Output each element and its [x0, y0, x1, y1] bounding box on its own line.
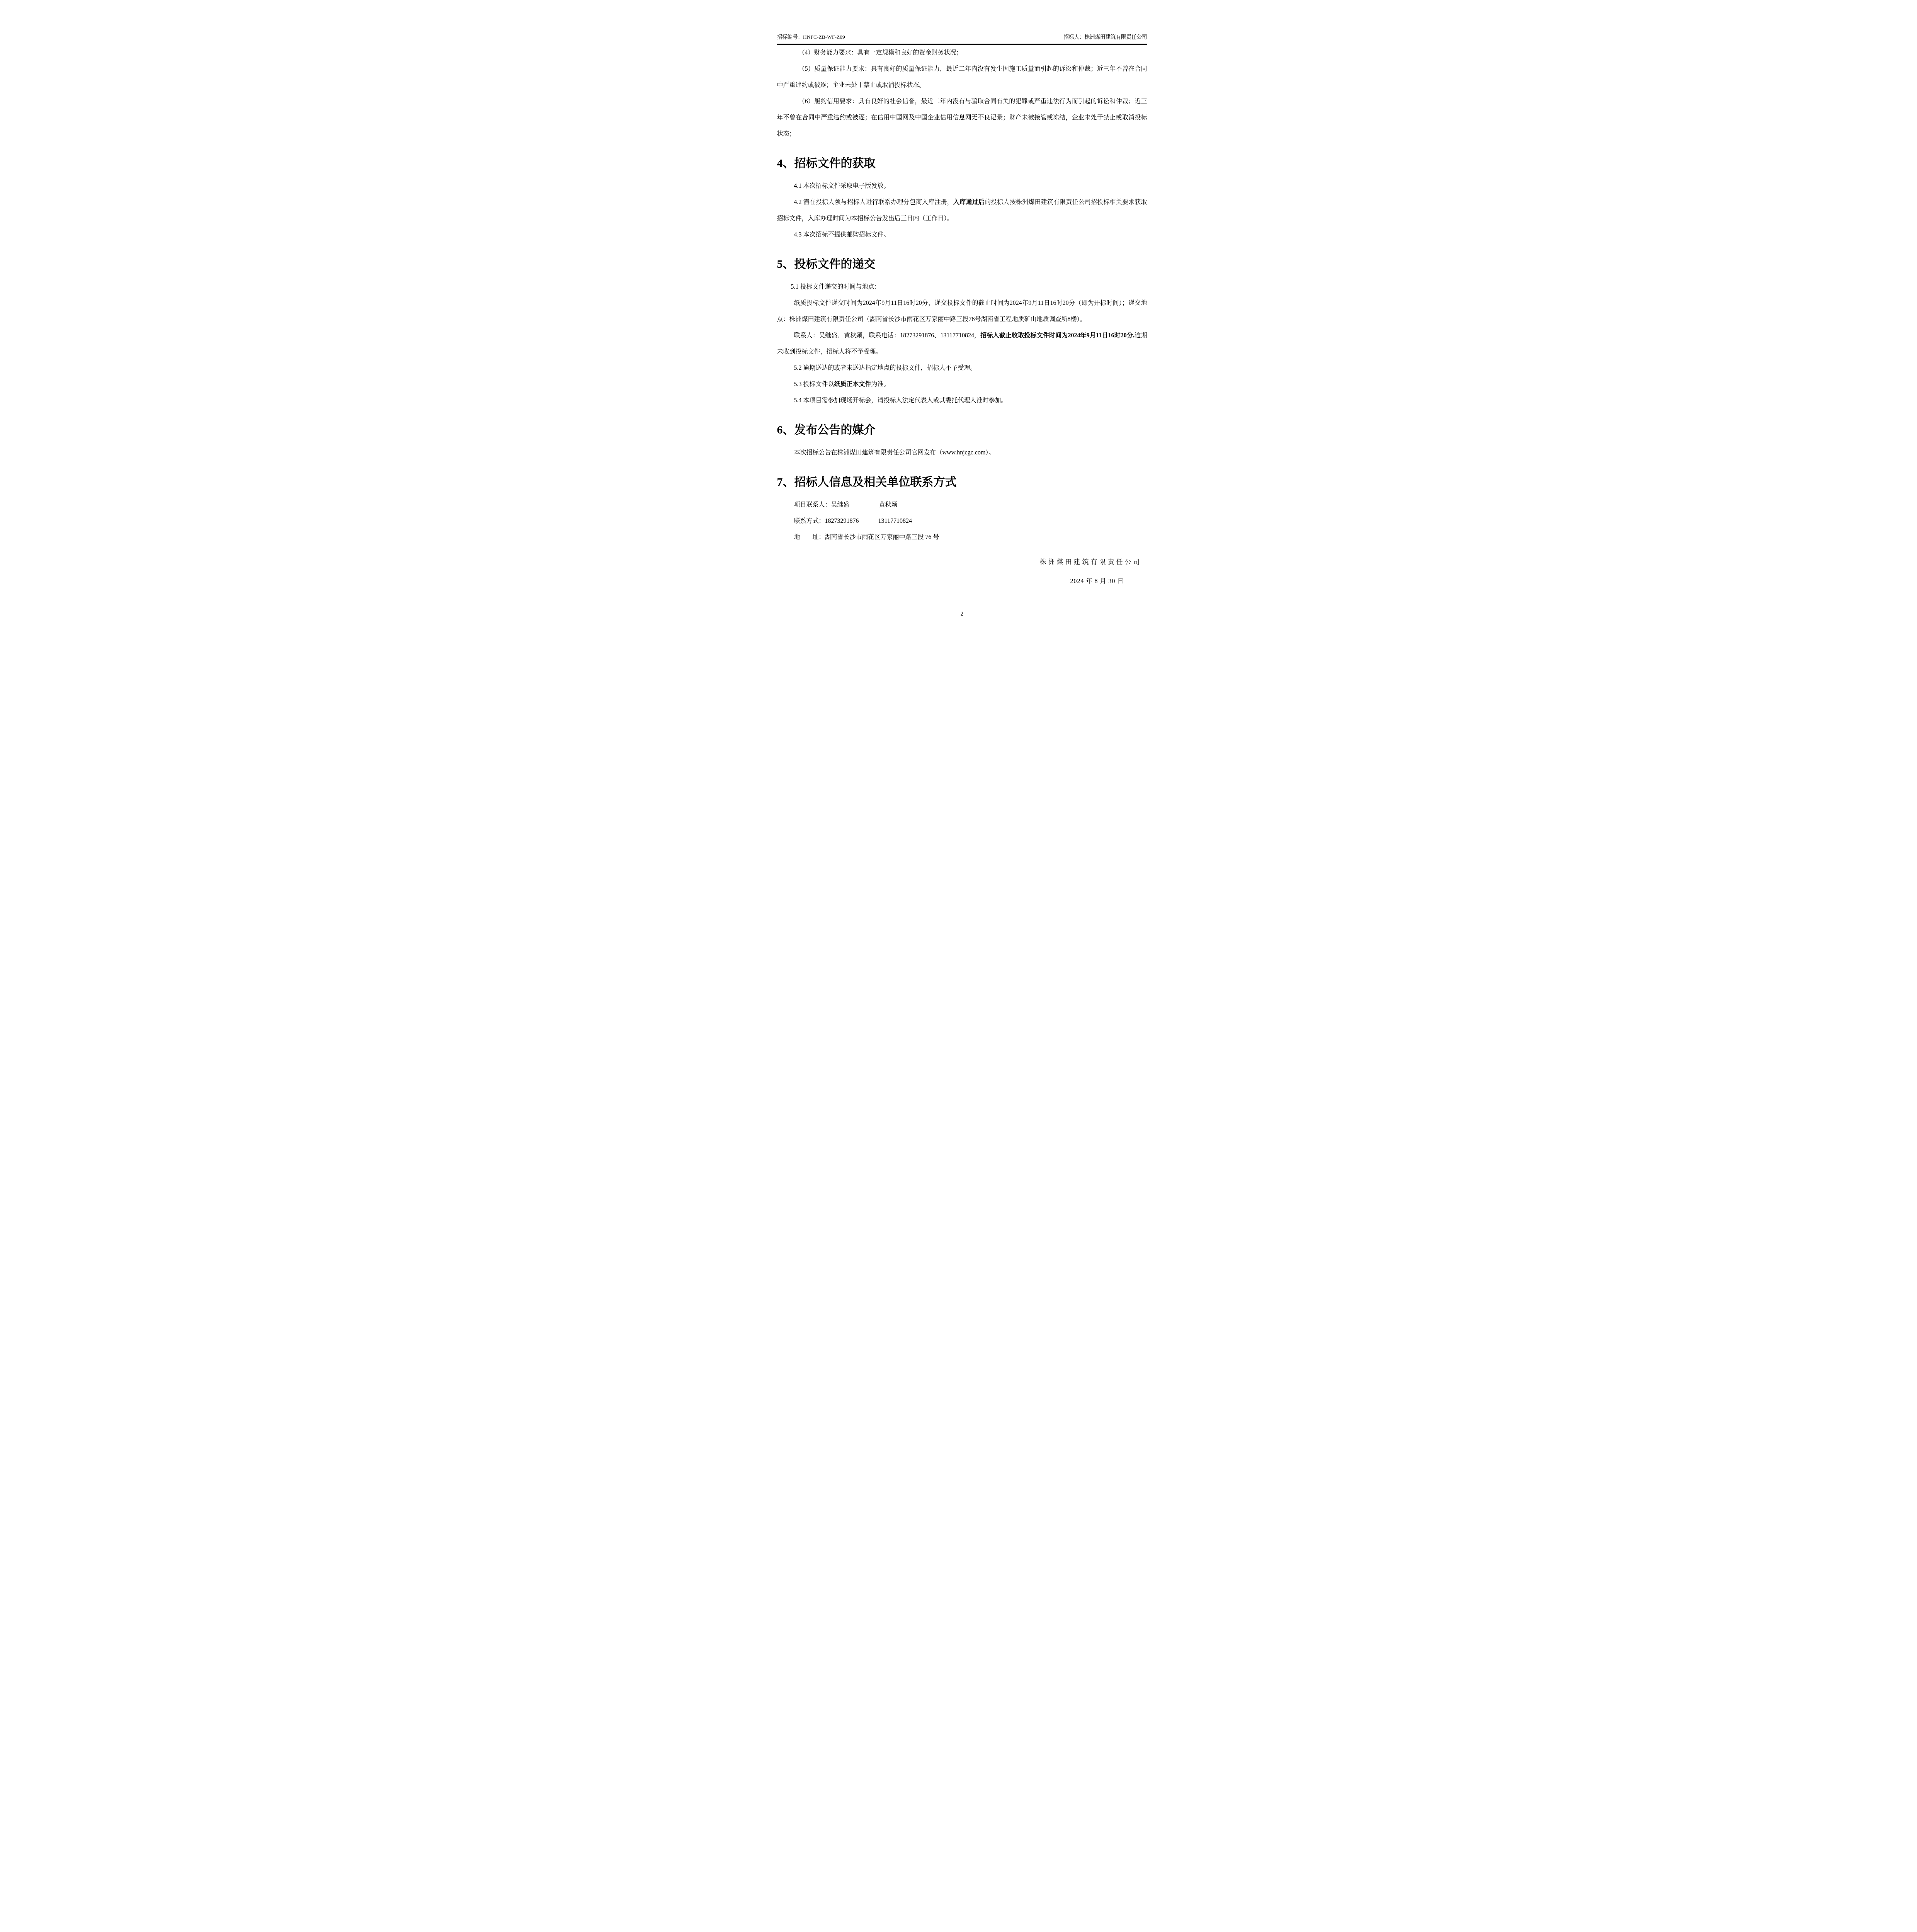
item-42-text: 4.2 潜在投标人须与招标人进行联系办理分包商入库注册，: [794, 199, 954, 206]
section-4-heading: 4、招标文件的获取: [777, 155, 1147, 172]
section-7-heading: 7、招标人信息及相关单位联系方式: [777, 474, 1147, 491]
tender-number: 招标编号：HNFC-ZB-WF-Z09: [777, 33, 845, 41]
page-header: 招标编号：HNFC-ZB-WF-Z09 招标人：株洲煤田建筑有限责任公司: [777, 33, 1147, 45]
address-value: 湖南省长沙市雨花区万家丽中路三段 76 号: [825, 534, 939, 541]
item-53-text-tail: 为准。: [871, 381, 890, 388]
signature-date: 2024 年 8 月 30 日: [777, 573, 1147, 590]
qualification-item-4: （4）财务能力要求：具有一定规模和良好的资金财务状况；: [777, 45, 1147, 61]
section-6-paragraph: 本次招标公告在株洲煤田建筑有限责任公司官网发布（www.hnjcgc.com）。: [777, 445, 1147, 461]
section-5-heading: 5、投标文件的递交: [777, 256, 1147, 273]
phone-number-1: 18273291876: [825, 518, 859, 524]
address-label: 地 址：: [794, 534, 825, 541]
qualification-item-5: （5）质量保证能力要求：具有良好的质量保证能力，最近二年内没有发生因施工质量而引…: [777, 61, 1147, 94]
item-53-text: 5.3 投标文件以: [794, 381, 834, 388]
section-5-item-53: 5.3 投标文件以纸质正本文件为准。: [777, 376, 1147, 393]
section-5-item-54: 5.4 本项目需参加现场开标会，请投标人法定代表人或其委托代理人准时参加。: [777, 393, 1147, 409]
contact-text: 联系人：吴继盛、黄秋颖，联系电话：18273291876、13117710824…: [794, 332, 981, 339]
item-42-bold-text: 入库通过后: [953, 199, 985, 206]
section-5-item-51: 5.1 投标文件递交的时间与地点：: [777, 279, 1147, 295]
deadline-bold-text: 招标人截止收取投标文件时间为2024年9月11日16时20分,: [980, 332, 1135, 339]
signature-company: 株洲煤田建筑有限责任公司: [777, 554, 1147, 570]
section-6-heading: 6、发布公告的媒介: [777, 422, 1147, 439]
contact-paragraph: 联系人：吴继盛、黄秋颖，联系电话：18273291876、13117710824…: [777, 328, 1147, 360]
section-5-item-52: 5.2 逾期送达的或者未送达指定地点的投标文件，招标人不予受理。: [777, 360, 1147, 376]
project-contact-name-1: 吴继盛: [831, 502, 850, 508]
project-contact-name-2: 黄秋颖: [879, 502, 898, 508]
section-4-item-41: 4.1 本次招标文件采取电子版发放。: [777, 178, 1147, 194]
project-contact-label: 项目联系人：: [794, 502, 831, 508]
submission-time-paragraph: 纸质投标文件递交时间为2024年9月11日16时20分，递交投标文件的截止时间为…: [777, 295, 1147, 328]
tenderee-name: 招标人：株洲煤田建筑有限责任公司: [1064, 33, 1147, 41]
address-row: 地 址：湖南省长沙市雨花区万家丽中路三段 76 号: [777, 529, 1147, 546]
qualification-item-6: （6）履约信用要求：具有良好的社会信誉，最近二年内没有与骗取合同有关的犯罪或严重…: [777, 94, 1147, 142]
document-page: 招标编号：HNFC-ZB-WF-Z09 招标人：株洲煤田建筑有限责任公司 （4）…: [719, 0, 1198, 678]
section-4-item-42: 4.2 潜在投标人须与招标人进行联系办理分包商入库注册，入库通过后的投标人按株洲…: [777, 194, 1147, 227]
item-53-bold-text: 纸质正本文件: [834, 381, 871, 388]
page-number: 2: [777, 611, 1147, 618]
phone-number-2: 13117710824: [878, 518, 912, 524]
project-contact-row: 项目联系人：吴继盛黄秋颖: [777, 497, 1147, 513]
section-4-item-43: 4.3 本次招标不提供邮购招标文件。: [777, 227, 1147, 243]
phone-label: 联系方式：: [794, 518, 825, 524]
phone-row: 联系方式：1827329187613117710824: [777, 513, 1147, 529]
